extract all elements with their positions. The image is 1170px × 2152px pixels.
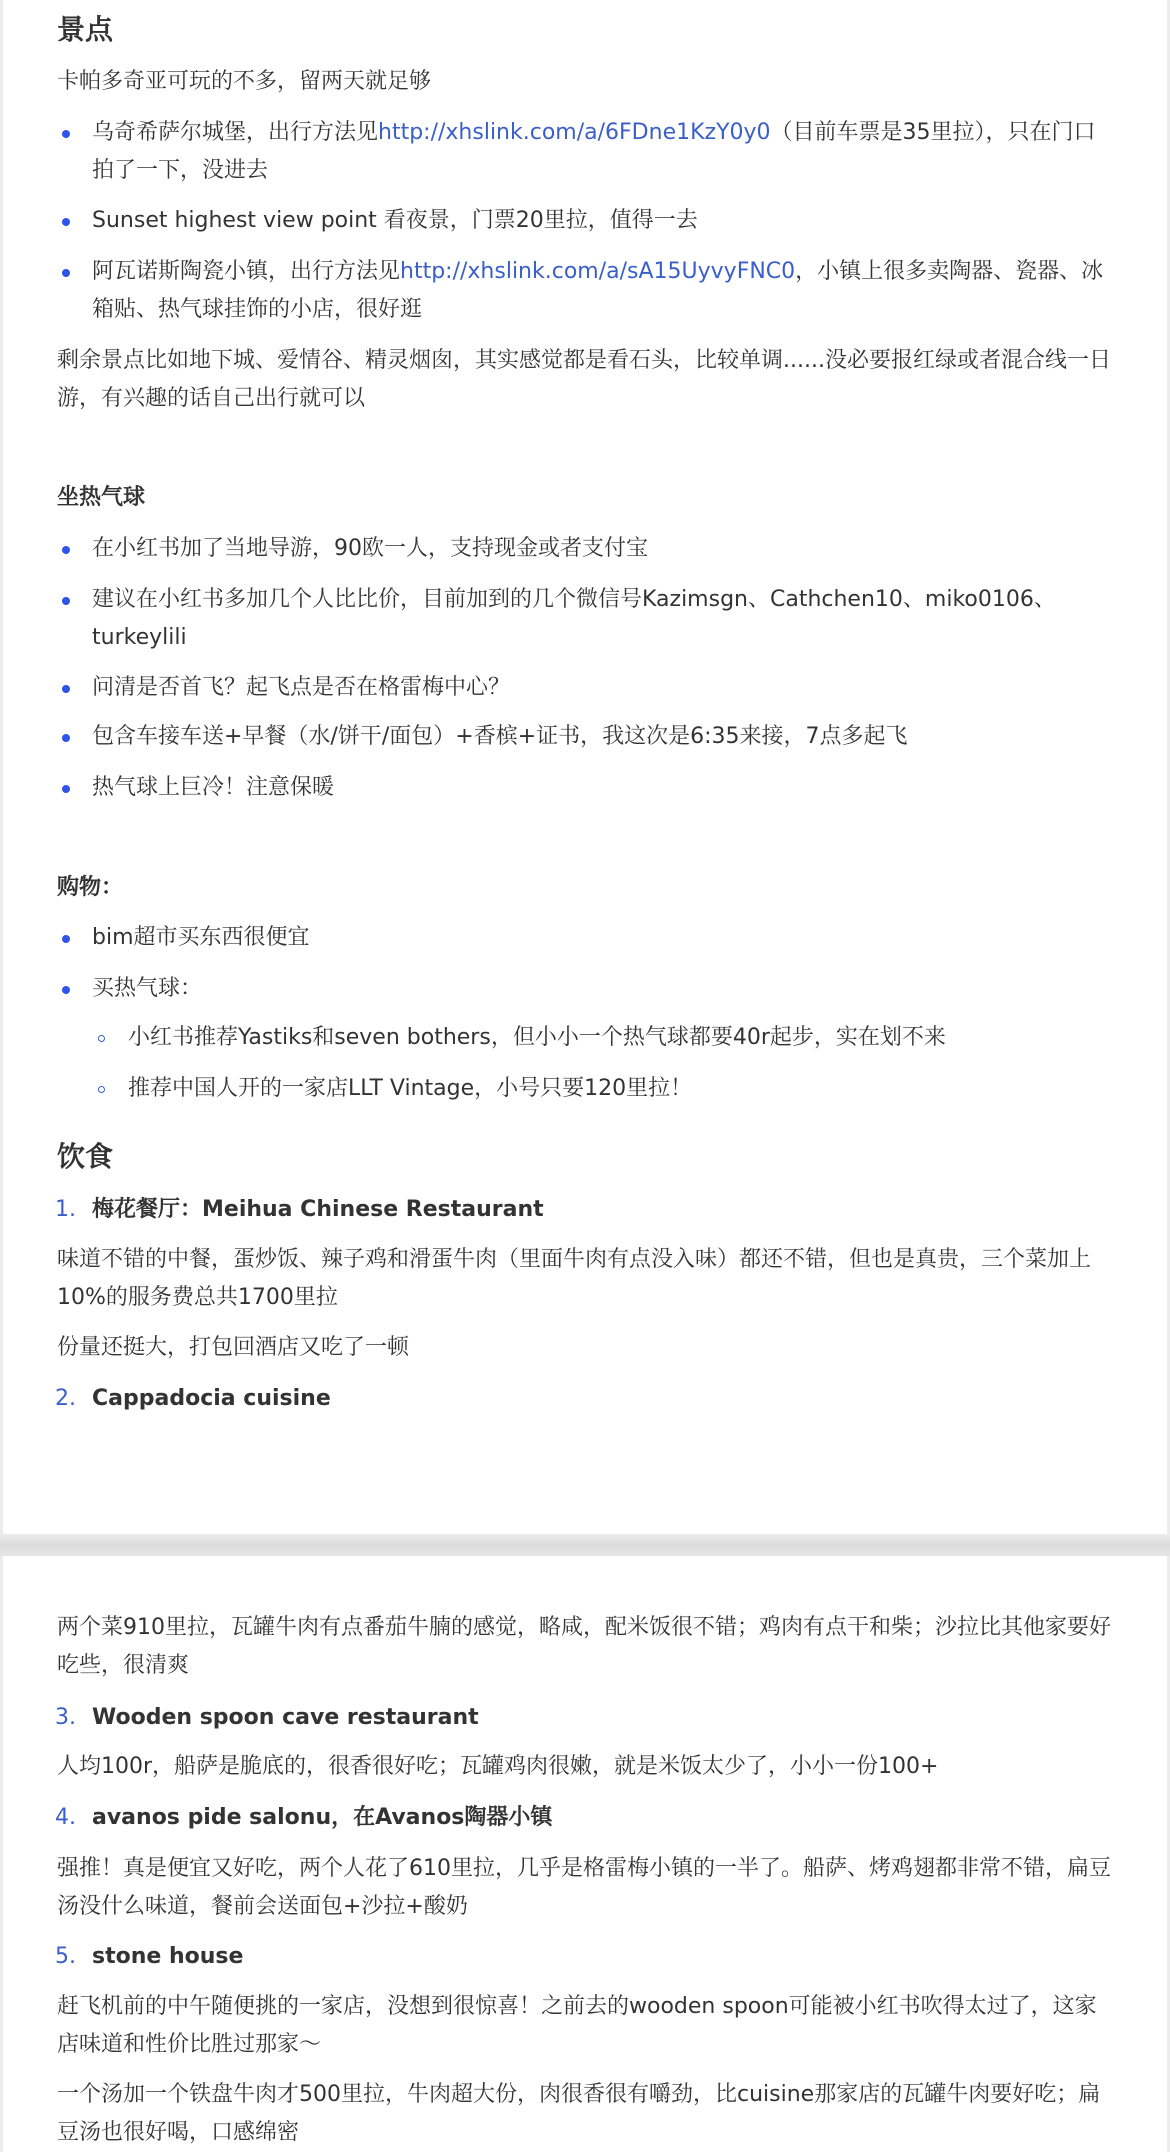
hollow-bullet-icon — [98, 1086, 105, 1093]
bullet-icon — [62, 935, 70, 943]
link-avanos[interactable]: http://xhslink.com/a/sA15UyvyFNC0 — [400, 259, 795, 284]
hollow-bullet-icon — [98, 1035, 105, 1042]
sights-intro: 卡帕多奇亚可玩的不多，留两天就足够 — [57, 63, 1117, 101]
list-item: 乌奇希萨尔城堡，出行方法见http://xhslink.com/a/6FDne1… — [92, 114, 1117, 190]
restaurant-title: 4.avanos pide salonu，在Avanos陶器小镇 — [92, 1799, 1117, 1837]
bullet-icon — [62, 597, 70, 605]
list-number: 4. — [55, 1799, 76, 1837]
list-item: 买热气球： — [92, 970, 1117, 1008]
bullet-icon — [62, 986, 70, 994]
list-number: 3. — [55, 1699, 76, 1737]
bullet-icon — [62, 785, 70, 793]
bullet-icon — [62, 546, 70, 554]
sights-outro: 剩余景点比如地下城、爱情谷、精灵烟囱，其实感觉都是看石头，比较单调......没… — [57, 342, 1117, 418]
heading-shopping: 购物： — [57, 869, 1117, 907]
list-item: 建议在小红书多加几个人比比价，目前加到的几个微信号Kazimsgn、Cathch… — [92, 581, 1117, 657]
list-item: 包含车接车送+早餐（水/饼干/面包）+香槟+证书，我这次是6:35来接，7点多起… — [92, 718, 1117, 756]
heading-balloon: 坐热气球 — [57, 479, 1117, 517]
list-item: bim超市买东西很便宜 — [92, 919, 1117, 957]
restaurant-note: 味道不错的中餐，蛋炒饭、辣子鸡和滑蛋牛肉（里面牛肉有点没入味）都还不错，但也是真… — [57, 1241, 1117, 1317]
restaurant-note: 两个菜910里拉，瓦罐牛肉有点番茄牛腩的感觉，略咸，配米饭很不错；鸡肉有点干和柴… — [57, 1609, 1117, 1685]
list-number: 2. — [55, 1380, 76, 1418]
sub-list-item: 小红书推荐Yastiks和seven bothers，但小小一个热气球都要40r… — [128, 1019, 1118, 1057]
list-item: 在小红书加了当地导游，90欧一人，支持现金或者支付宝 — [92, 530, 1117, 568]
list-item: Sunset highest view point 看夜景，门票20里拉，值得一… — [92, 202, 1117, 240]
restaurant-title: 2.Cappadocia cuisine — [92, 1380, 1117, 1418]
restaurant-title: 5.stone house — [92, 1938, 1117, 1976]
bullet-icon — [62, 218, 70, 226]
restaurant-title: 3.Wooden spoon cave restaurant — [92, 1699, 1117, 1737]
restaurant-note: 一个汤加一个铁盘牛肉才500里拉，牛肉超大份，肉很香很有嚼劲，比cuisine那… — [57, 2076, 1117, 2152]
bullet-icon — [62, 269, 70, 277]
restaurant-note: 强推！真是便宜又好吃，两个人花了610里拉，几乎是格雷梅小镇的一半了。船萨、烤鸡… — [57, 1850, 1117, 1926]
page-separator — [0, 1534, 1170, 1556]
bullet-icon — [62, 130, 70, 138]
list-item: 阿瓦诺斯陶瓷小镇，出行方法见http://xhslink.com/a/sA15U… — [92, 253, 1117, 329]
bullet-icon — [62, 734, 70, 742]
restaurant-title: 1.梅花餐厅：Meihua Chinese Restaurant — [92, 1191, 1117, 1229]
list-item: 问清是否首飞？起飞点是否在格雷梅中心？ — [92, 669, 1117, 707]
link-uchisar[interactable]: http://xhslink.com/a/6FDne1KzY0y0 — [378, 120, 771, 145]
list-item: 热气球上巨冷！注意保暖 — [92, 769, 1117, 807]
list-number: 1. — [55, 1191, 76, 1229]
restaurant-note: 赶飞机前的中午随便挑的一家店，没想到很惊喜！之前去的wooden spoon可能… — [57, 1988, 1117, 2064]
restaurant-note: 人均100r，船萨是脆底的，很香很好吃；瓦罐鸡肉很嫩，就是米饭太少了，小小一份1… — [57, 1748, 1117, 1786]
restaurant-note: 份量还挺大，打包回酒店又吃了一顿 — [57, 1329, 1117, 1367]
heading-sights: 景点 — [57, 10, 1117, 50]
list-number: 5. — [55, 1938, 76, 1976]
bullet-icon — [62, 685, 70, 693]
sub-list-item: 推荐中国人开的一家店LLT Vintage，小号只要120里拉！ — [128, 1070, 1118, 1108]
heading-food: 饮食 — [57, 1137, 1117, 1177]
